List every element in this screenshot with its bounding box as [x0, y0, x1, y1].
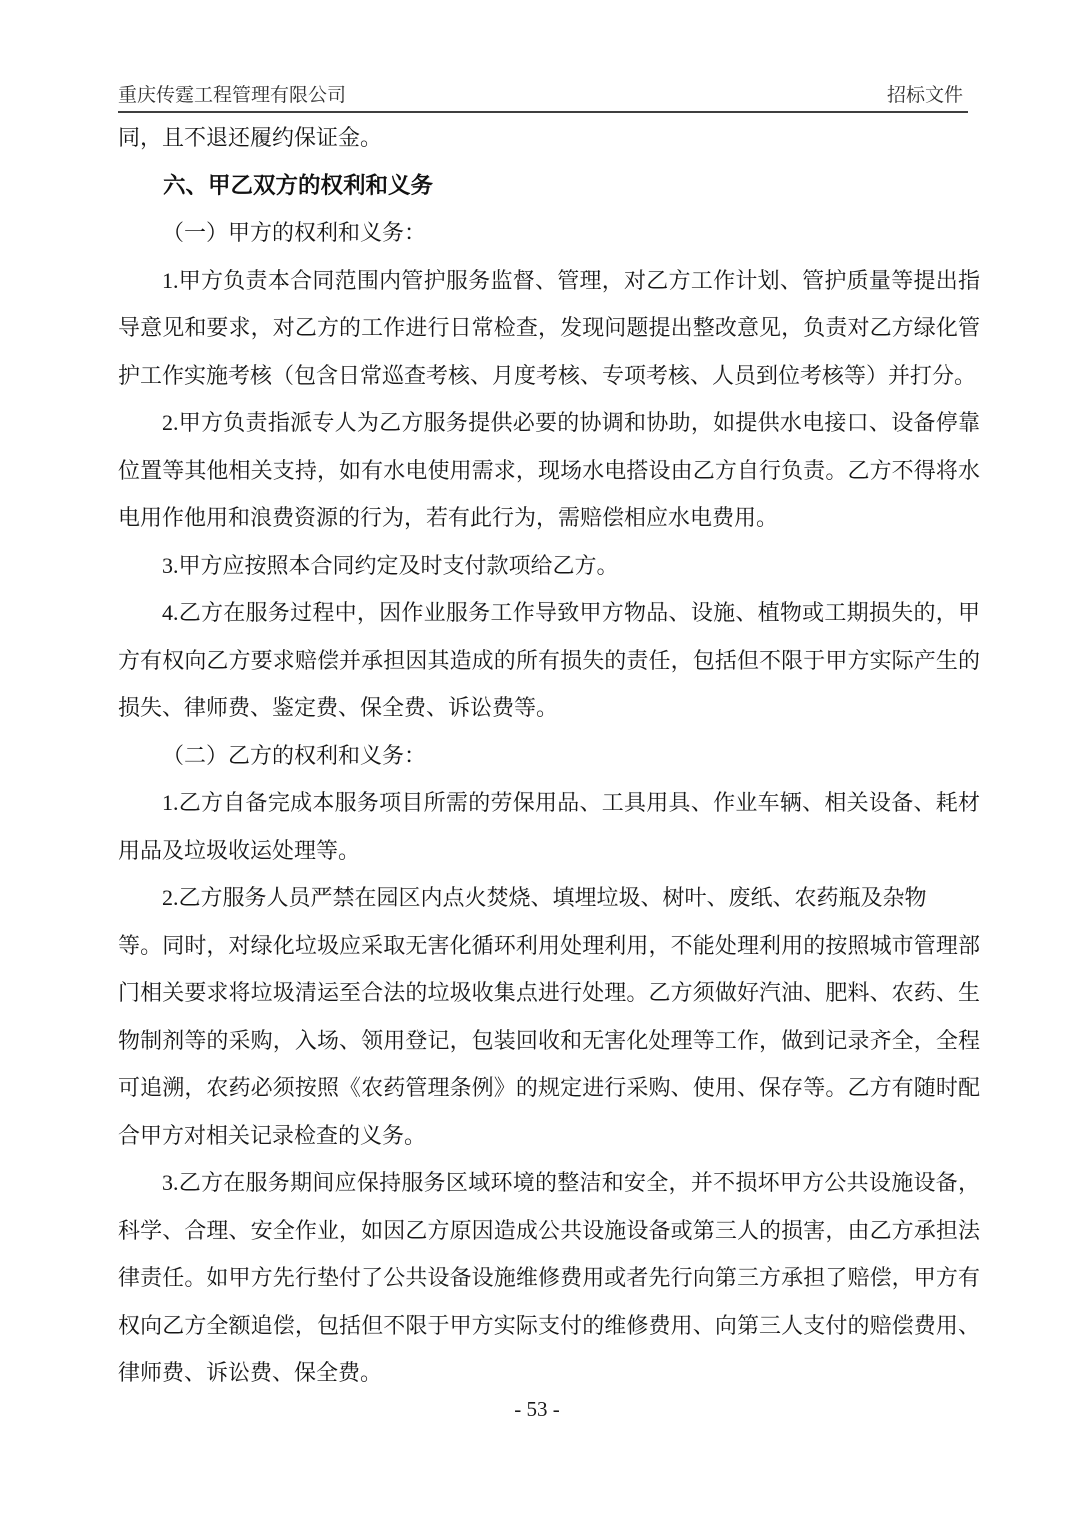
paragraph-party-b-item-3: 3.乙方在服务期间应保持服务区域环境的整洁和安全，并不损坏甲方公共设施设备，科学…: [118, 1159, 980, 1397]
paragraph-party-a-item-3: 3.甲方应按照本合同约定及时支付款项给乙方。: [118, 542, 980, 590]
paragraph-party-a-item-1: 1.甲方负责本合同范围内管护服务监督、管理，对乙方工作计划、管护质量等提出指导意…: [118, 257, 980, 400]
page-number: - 53 -: [514, 1397, 560, 1421]
paragraph-party-b-item-2-continuation: 等。同时，对绿化垃圾应采取无害化循环利用处理利用，不能处理利用的按照城市管理部门…: [118, 922, 980, 1160]
paragraph-party-b-item-1: 1.乙方自备完成本服务项目所需的劳保用品、工具用具、作业车辆、相关设备、耗材用品…: [118, 779, 980, 874]
paragraph-party-b-item-2-line-1: 2.乙方服务人员严禁在园区内点火焚烧、填埋垃圾、树叶、废纸、农药瓶及杂物: [118, 874, 980, 922]
header-company-name: 重庆传霆工程管理有限公司: [118, 84, 346, 108]
header-doc-type: 招标文件: [887, 84, 963, 108]
paragraph-party-a-item-4: 4.乙方在服务过程中，因作业服务工作导致甲方物品、设施、植物或工期损失的，甲方有…: [118, 589, 980, 732]
document-body: 同，且不退还履约保证金。 六、甲乙双方的权利和义务 （一）甲方的权利和义务： 1…: [118, 114, 980, 1397]
paragraph-continuation: 同，且不退还履约保证金。: [118, 114, 980, 162]
subsection-heading-party-a: （一）甲方的权利和义务：: [118, 209, 980, 257]
document-page: 重庆传霆工程管理有限公司 招标文件 同，且不退还履约保证金。 六、甲乙双方的权利…: [0, 0, 1074, 1520]
subsection-heading-party-b: （二）乙方的权利和义务：: [118, 732, 980, 780]
page-header: 重庆传霆工程管理有限公司 招标文件: [118, 84, 963, 108]
page-footer: - 53 -: [0, 1396, 1074, 1422]
section-heading: 六、甲乙双方的权利和义务: [118, 162, 980, 210]
paragraph-party-a-item-2: 2.甲方负责指派专人为乙方服务提供必要的协调和协助，如提供水电接口、设备停靠位置…: [118, 399, 980, 542]
header-rule: [118, 111, 968, 113]
